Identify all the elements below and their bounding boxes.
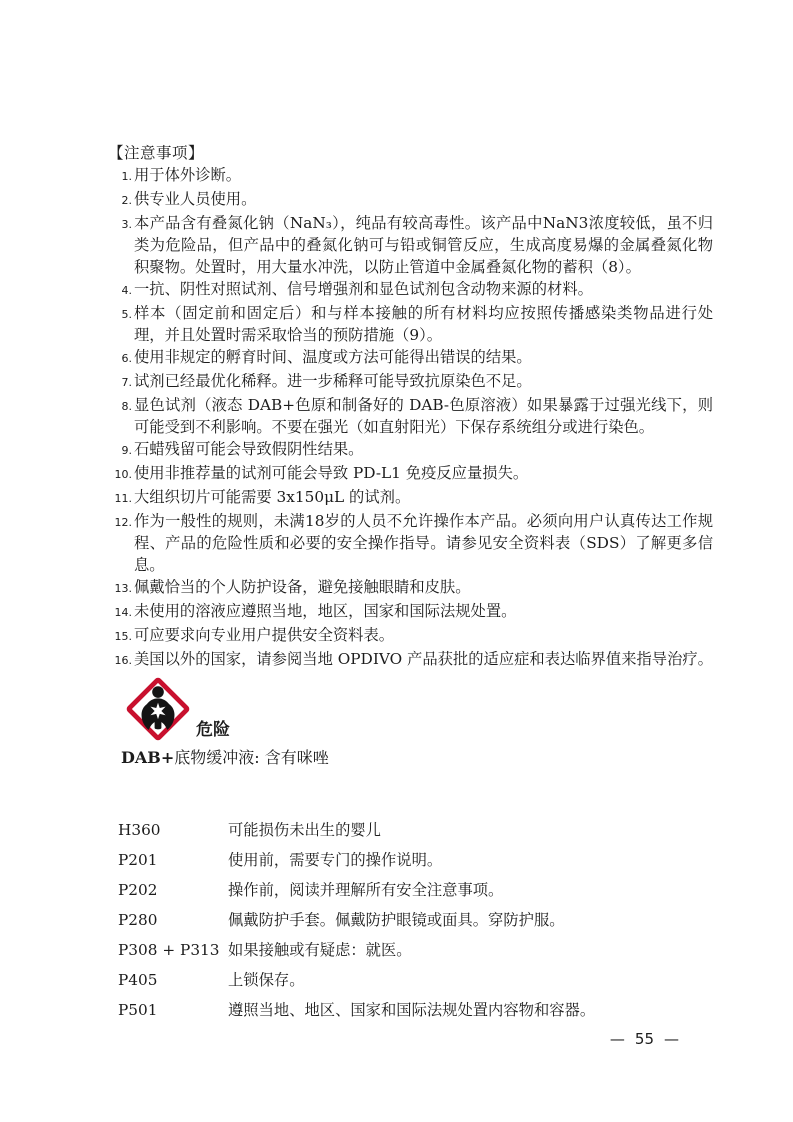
page-footer: —55— [600, 1029, 689, 1049]
list-item-number: 2. [108, 190, 134, 212]
statement-text: 操作前，阅读并理解所有安全注意事项。 [228, 875, 713, 905]
substance-line: DAB+底物缓冲液: 含有咪唑 [121, 747, 713, 769]
list-item-number: 6. [108, 348, 134, 370]
list-item: 15.可应要求向专业用户提供安全资料表。 [108, 624, 713, 648]
list-item-number: 3. [108, 214, 134, 236]
list-item: 4.一抗、阴性对照试剂、信号增强剂和显色试剂包含动物来源的材料。 [108, 278, 713, 302]
list-item: 13.佩戴恰当的个人防护设备，避免接触眼睛和皮肤。 [108, 576, 713, 600]
section-title: 【注意事项】 [108, 142, 713, 164]
list-item-number: 13. [108, 578, 134, 600]
list-item-text: 石蜡残留可能会导致假阴性结果。 [134, 438, 713, 460]
list-item-number: 8. [108, 396, 134, 418]
list-item: 2.供专业人员使用。 [108, 188, 713, 212]
list-item: 6.使用非规定的孵育时间、温度或方法可能得出错误的结果。 [108, 346, 713, 370]
list-item-text: 美国以外的国家，请参阅当地 OPDIVO 产品获批的适应症和表达临界值来指导治疗… [134, 648, 713, 670]
statement-row: P202操作前，阅读并理解所有安全注意事项。 [118, 875, 713, 905]
list-item-text: 佩戴恰当的个人防护设备，避免接触眼睛和皮肤。 [134, 576, 713, 598]
list-item-number: 5. [108, 304, 134, 326]
list-item: 9.石蜡残留可能会导致假阴性结果。 [108, 438, 713, 462]
page-content: 【注意事项】 1.用于体外诊断。 2.供专业人员使用。 3.本产品含有叠氮化钠（… [0, 0, 793, 1025]
list-item-text: 供专业人员使用。 [134, 188, 713, 210]
list-item-text: 显色试剂（液态 DAB+色原和制备好的 DAB-色原溶液）如果暴露于过强光线下，… [134, 394, 713, 438]
footer-dash-right: — [664, 1029, 679, 1049]
statement-code: P202 [118, 875, 228, 905]
list-item-text: 可应要求向专业用户提供安全资料表。 [134, 624, 713, 646]
list-item: 1.用于体外诊断。 [108, 164, 713, 188]
statement-row: H360可能损伤未出生的婴儿 [118, 815, 713, 845]
list-item-text: 试剂已经最优化稀释。进一步稀释可能导致抗原染色不足。 [134, 370, 713, 392]
statement-code: H360 [118, 815, 228, 845]
list-item-text: 使用非推荐量的试剂可能会导致 PD-L1 免疫反应量损失。 [134, 462, 713, 484]
list-item: 5.样本（固定前和固定后）和与样本接触的所有材料均应按照传播感染类物品进行处理，… [108, 302, 713, 346]
list-item-text: 作为一般性的规则，未满18岁的人员不允许操作本产品。必须向用户认真传达工作规程、… [134, 510, 713, 576]
statement-text: 佩戴防护手套。佩戴防护眼镜或面具。穿防护服。 [228, 905, 713, 935]
substance-description: 底物缓冲液: 含有咪唑 [174, 748, 328, 767]
list-item-number: 7. [108, 372, 134, 394]
list-item-number: 12. [108, 512, 134, 534]
precautions-list: 1.用于体外诊断。 2.供专业人员使用。 3.本产品含有叠氮化钠（NaN₃），纯… [108, 164, 713, 672]
statement-row: P280佩戴防护手套。佩戴防护眼镜或面具。穿防护服。 [118, 905, 713, 935]
footer-dash-left: — [610, 1029, 625, 1049]
list-item-number: 11. [108, 488, 134, 510]
list-item: 8.显色试剂（液态 DAB+色原和制备好的 DAB-色原溶液）如果暴露于过强光线… [108, 394, 713, 438]
signal-word: 危险 [196, 721, 230, 739]
list-item-number: 15. [108, 626, 134, 648]
list-item-number: 1. [108, 166, 134, 188]
statement-code: P280 [118, 905, 228, 935]
hazard-statements: H360可能损伤未出生的婴儿 P201使用前，需要专门的操作说明。 P202操作… [118, 815, 713, 1025]
statement-text: 如果接触或有疑虑：就医。 [228, 935, 713, 965]
statement-row: P201使用前，需要专门的操作说明。 [118, 845, 713, 875]
list-item-number: 16. [108, 650, 134, 672]
substance-name: DAB+ [121, 748, 174, 767]
list-item: 11.大组织切片可能需要 3x150μL 的试剂。 [108, 486, 713, 510]
statement-row: P308 + P313如果接触或有疑虑：就医。 [118, 935, 713, 965]
list-item: 7.试剂已经最优化稀释。进一步稀释可能导致抗原染色不足。 [108, 370, 713, 394]
list-item: 16.美国以外的国家，请参阅当地 OPDIVO 产品获批的适应症和表达临界值来指… [108, 648, 713, 672]
list-item-text: 样本（固定前和固定后）和与样本接触的所有材料均应按照传播感染类物品进行处理，并且… [134, 302, 713, 346]
list-item-text: 未使用的溶液应遵照当地，地区，国家和国际法规处置。 [134, 600, 713, 622]
statement-row: P501遵照当地、地区、国家和国际法规处置内容物和容器。 [118, 995, 713, 1025]
statement-code: P501 [118, 995, 228, 1025]
list-item-text: 使用非规定的孵育时间、温度或方法可能得出错误的结果。 [134, 346, 713, 368]
list-item-text: 大组织切片可能需要 3x150μL 的试剂。 [134, 486, 713, 508]
list-item-text: 用于体外诊断。 [134, 164, 713, 186]
list-item-text: 本产品含有叠氮化钠（NaN₃），纯品有较高毒性。该产品中NaN3浓度较低，虽不归… [134, 212, 713, 278]
list-item-number: 4. [108, 280, 134, 302]
statement-code: P308 + P313 [118, 935, 228, 965]
list-item-number: 14. [108, 602, 134, 624]
list-item-number: 9. [108, 440, 134, 462]
document-page: 【注意事项】 1.用于体外诊断。 2.供专业人员使用。 3.本产品含有叠氮化钠（… [0, 0, 793, 1122]
page-number: 55 [635, 1029, 654, 1049]
statement-code: P201 [118, 845, 228, 875]
hazard-section: 危险 DAB+底物缓冲液: 含有咪唑 H360可能损伤未出生的婴儿 P201使用… [108, 677, 713, 1025]
list-item: 12.作为一般性的规则，未满18岁的人员不允许操作本产品。必须向用户认真传达工作… [108, 510, 713, 576]
list-item-number: 10. [108, 464, 134, 486]
hazard-pictogram-row: 危险 [126, 677, 713, 741]
list-item: 3.本产品含有叠氮化钠（NaN₃），纯品有较高毒性。该产品中NaN3浓度较低，虽… [108, 212, 713, 278]
statement-text: 使用前，需要专门的操作说明。 [228, 845, 713, 875]
ghs-health-hazard-icon [126, 677, 190, 741]
statement-text: 上锁保存。 [228, 965, 713, 995]
list-item-text: 一抗、阴性对照试剂、信号增强剂和显色试剂包含动物来源的材料。 [134, 278, 713, 300]
statement-row: P405上锁保存。 [118, 965, 713, 995]
list-item: 14.未使用的溶液应遵照当地，地区，国家和国际法规处置。 [108, 600, 713, 624]
list-item: 10.使用非推荐量的试剂可能会导致 PD-L1 免疫反应量损失。 [108, 462, 713, 486]
statement-text: 遵照当地、地区、国家和国际法规处置内容物和容器。 [228, 995, 713, 1025]
statement-text: 可能损伤未出生的婴儿 [228, 815, 713, 845]
statement-code: P405 [118, 965, 228, 995]
